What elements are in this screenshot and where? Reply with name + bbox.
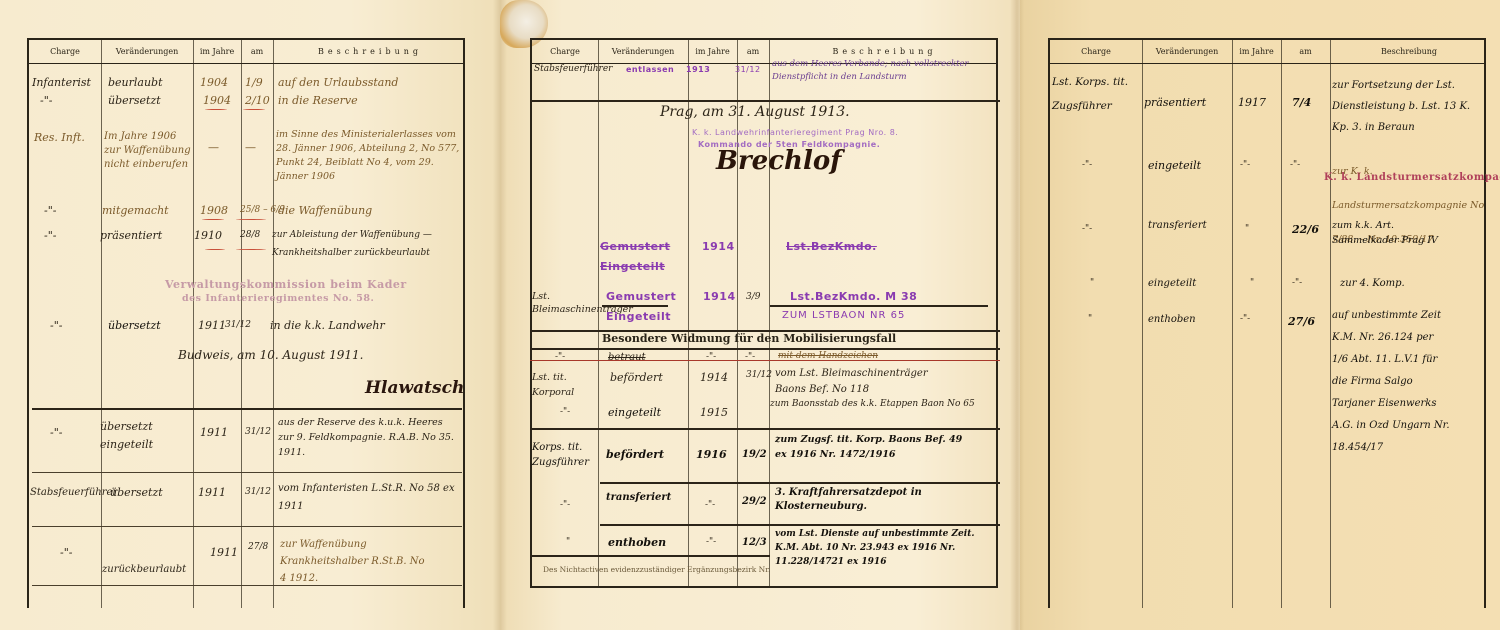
charge: -"- [44, 228, 57, 243]
table-header: Charge Veränderungen im Jahre am Beschre… [1050, 40, 1484, 64]
year: — [208, 140, 219, 155]
col-year: im Jahre [193, 40, 241, 64]
col-charge: Charge [1050, 40, 1142, 64]
date: 1/9 [245, 75, 263, 90]
col-changes: Veränderungen [1142, 40, 1232, 64]
col-year: im Jahre [1232, 40, 1281, 64]
desc: in die k.k. Landwehr [270, 318, 385, 333]
change: übersetzt [110, 485, 163, 500]
year: 1911 [198, 318, 226, 333]
desc: die Waffenübung [278, 203, 372, 218]
desc: in die Reserve [278, 93, 358, 108]
date: 2/10 [245, 93, 270, 108]
date: 31/12 [245, 425, 271, 440]
charge: Infanterist [32, 75, 91, 90]
desc: aus der Reserve des k.u.k. Heeres zur 9.… [278, 415, 458, 460]
charge: Stabsfeuerführer [534, 62, 612, 77]
left-place-date: Budweis, am 10. August 1911. [178, 348, 363, 363]
middle-place-date: Prag, am 31. August 1913. [660, 105, 850, 120]
desc: aus dem Heeres-Verbande; nach vollstreck… [772, 58, 997, 84]
change: beurlaubt [108, 75, 163, 90]
left-signature: Hlawatsch [365, 378, 464, 398]
year: 1911 [210, 545, 238, 560]
middle-signature: Brechlof [716, 146, 841, 176]
col-date: am [1281, 40, 1330, 64]
charge: -"- [50, 318, 63, 333]
mobilization-banner: Besondere Widmung für den Mobilisierungs… [602, 332, 896, 345]
charge: -"- [40, 93, 53, 108]
year: 1904 [200, 75, 228, 90]
col-charge: Charge [532, 40, 598, 64]
date: 31/12 [225, 318, 251, 333]
desc: vom Infanteristen L.St.R. No 58 ex 1911 [278, 480, 458, 516]
desc: auf den Urlaubsstand [278, 75, 398, 90]
stamp-line-1: Verwaltungskommission beim Kader [165, 278, 407, 291]
charge: Res. Inft. [34, 130, 85, 145]
col-year: im Jahre [688, 40, 737, 64]
desc: im Sinne des Ministerialerlasses vom 28.… [276, 128, 466, 184]
change: präsentiert [100, 228, 162, 243]
printed-footer: Des Nichtactiven evidenzzuständiger Ergä… [543, 565, 770, 574]
col-date: am [737, 40, 769, 64]
change: Im Jahre 1906 zur Waffenübung nicht einb… [104, 130, 192, 172]
change-stamp: entlassen [626, 65, 674, 74]
charge: Stabsfeuerführer [30, 485, 117, 500]
year: 1911 [200, 425, 228, 440]
change: mitgemacht [102, 203, 169, 218]
col-changes: Veränderungen [101, 40, 193, 64]
charge: -"- [44, 203, 57, 218]
page-fold [1010, 0, 1024, 630]
date: 27/8 [248, 540, 268, 555]
col-description: Beschreibung [1330, 40, 1488, 64]
stamp-line-2: des Infanterieregimentes No. 58. [182, 293, 374, 304]
col-date: am [241, 40, 273, 64]
date: 31/12 [245, 485, 271, 500]
year: 1911 [198, 485, 226, 500]
date: 31/12 [735, 65, 761, 74]
date: — [245, 140, 256, 155]
year: 1910 [194, 228, 222, 243]
middle-stamp-line-1: K. k. Landwehrinfanterieregiment Prag Nr… [692, 128, 898, 137]
desc: zur Waffenübung Krankheitshalber R.St.B.… [280, 536, 430, 587]
col-description: Beschreibung [273, 40, 467, 64]
change: zurückbeurlaubt [102, 562, 186, 577]
change: übersetzt [108, 93, 161, 108]
year: 1908 [200, 203, 228, 218]
date: 28/8 [240, 228, 260, 243]
change: übersetzt [108, 318, 161, 333]
table-header: Charge Veränderungen im Jahre am Beschre… [29, 40, 463, 64]
page-fold [493, 0, 507, 630]
year: 1913 [686, 65, 710, 74]
charge: -"- [50, 425, 63, 440]
year: 1904 [203, 93, 231, 108]
col-charge: Charge [29, 40, 101, 64]
desc: zur Ableistung der Waffenübung — Krankhe… [272, 226, 467, 262]
charge: -"- [60, 545, 73, 560]
col-changes: Veränderungen [598, 40, 688, 64]
change: übersetzt eingeteilt [100, 418, 170, 454]
